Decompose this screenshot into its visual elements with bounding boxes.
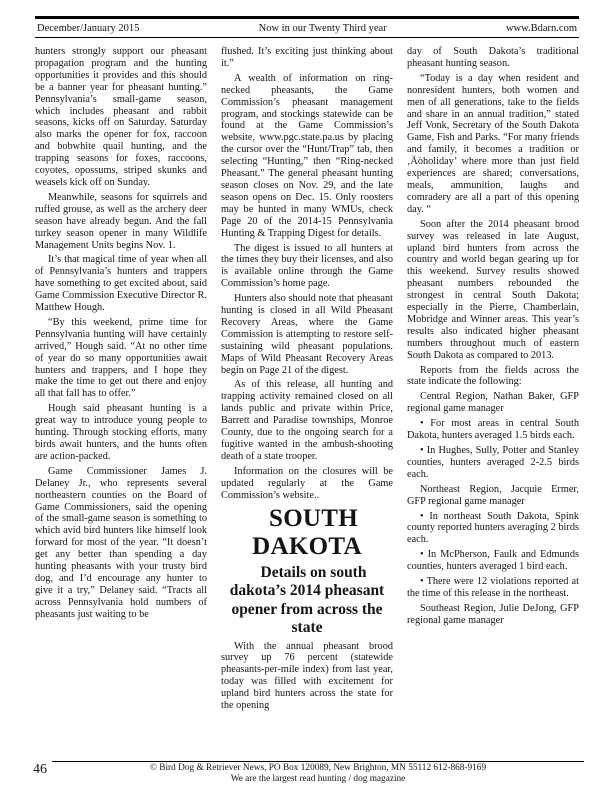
page-header: December/January 2015 Now in our Twenty … [35,16,579,38]
body-paragraph: The digest is issued to all hunters at t… [221,243,393,291]
footer-tagline: We are the largest read hunting / dog ma… [52,774,584,785]
article-body: hunters strongly support our pheasant pr… [35,46,579,758]
body-paragraph: With the annual pheasant brood survey up… [221,641,393,712]
column-2: flushed. It’s exciting just thinking abo… [221,46,393,758]
body-paragraph: Northeast Region, Jacquie Ermer, GFP reg… [407,484,579,508]
footer-text: © Bird Dog & Retriever News, PO Box 1200… [52,761,584,785]
bullet-item: • In McPherson, Faulk and Edmunds counti… [407,549,579,573]
body-paragraph: “Today is a day when resident and nonres… [407,73,579,216]
bullet-item: • There were 12 violations reported at t… [407,576,579,600]
header-date: December/January 2015 [37,23,139,34]
section-heading: SOUTH DAKOTA [221,505,393,561]
header-tagline: Now in our Twenty Third year [259,23,387,34]
body-paragraph: Information on the closures will be upda… [221,466,393,502]
magazine-page: December/January 2015 Now in our Twenty … [0,0,612,792]
body-paragraph: Meanwhile, seasons for squirrels and ruf… [35,192,207,252]
column-1: hunters strongly support our pheasant pr… [35,46,207,758]
body-paragraph: Southeast Region, Julie DeJong, GFP regi… [407,603,579,627]
body-paragraph: “By this weekend, prime time for Pennsyl… [35,317,207,400]
body-paragraph: Soon after the 2014 pheasant brood surve… [407,219,579,362]
body-paragraph: A wealth of information on ring-necked p… [221,73,393,240]
page-footer: 46 © Bird Dog & Retriever News, PO Box 1… [33,761,584,785]
body-paragraph: Hunters also should note that pheasant h… [221,293,393,376]
body-paragraph: hunters strongly support our pheasant pr… [35,46,207,189]
body-paragraph: It’s that magical time of year when all … [35,254,207,314]
page-number: 46 [33,761,52,777]
bullet-item: • In Hughes, Sully, Potter and Stanley c… [407,445,579,481]
body-paragraph: flushed. It’s exciting just thinking abo… [221,46,393,70]
body-paragraph: Reports from the fields across the state… [407,365,579,389]
body-paragraph: day of South Dakota’s traditional pheasa… [407,46,579,70]
column-3: day of South Dakota’s traditional pheasa… [407,46,579,758]
bullet-item: • In northeast South Dakota, Spink count… [407,511,579,547]
body-paragraph: Central Region, Nathan Baker, GFP region… [407,391,579,415]
footer-copyright: © Bird Dog & Retriever News, PO Box 1200… [52,763,584,774]
body-paragraph: Game Commissioner James J. Delaney Jr., … [35,466,207,621]
body-paragraph: Hough said pheasant hunting is a great w… [35,403,207,463]
section-subheading: Details on south dakota’s 2014 pheasant … [221,564,393,638]
bullet-item: • For most areas in central South Dakota… [407,418,579,442]
body-paragraph: As of this release, all hunting and trap… [221,379,393,462]
header-website: www.Bdarn.com [506,23,577,34]
